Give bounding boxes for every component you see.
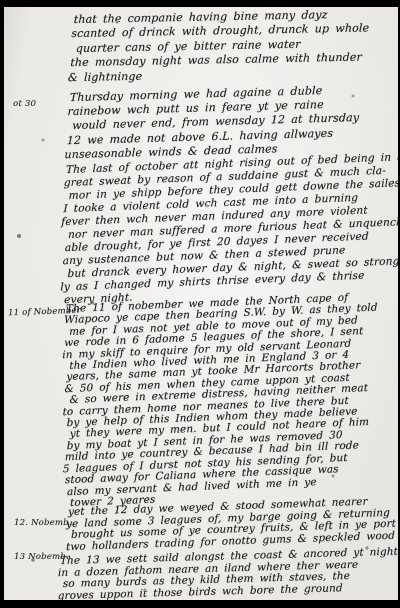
journal-paragraph-fever: The last of october att night rising out… xyxy=(64,151,398,307)
margin-note-12-november: 12. Nobemb. xyxy=(14,518,72,528)
manuscript-photo: ot 30 11 of Nobember 12. Nobemb. 13 Nobe… xyxy=(0,0,400,608)
paper-specks xyxy=(4,7,6,9)
manuscript-page: ot 30 11 of Nobember 12. Nobemb. 13 Nobe… xyxy=(4,7,398,600)
journal-paragraph-11-november: The 11 of nobember we made the North cap… xyxy=(66,291,379,509)
margin-note-oct-30: ot 30 xyxy=(13,99,36,109)
journal-paragraph-12-november: yet the 12 day we weyed & stood somewhat… xyxy=(68,496,396,554)
journal-paragraph-13-november: The 13 we sett saild alongst the coast &… xyxy=(60,547,398,600)
journal-paragraph-rain-scarcity: that the companie having bine many dayzs… xyxy=(72,7,370,85)
journal-paragraph-double-rainbow: Thursday morning we had againe a dublera… xyxy=(68,83,360,162)
